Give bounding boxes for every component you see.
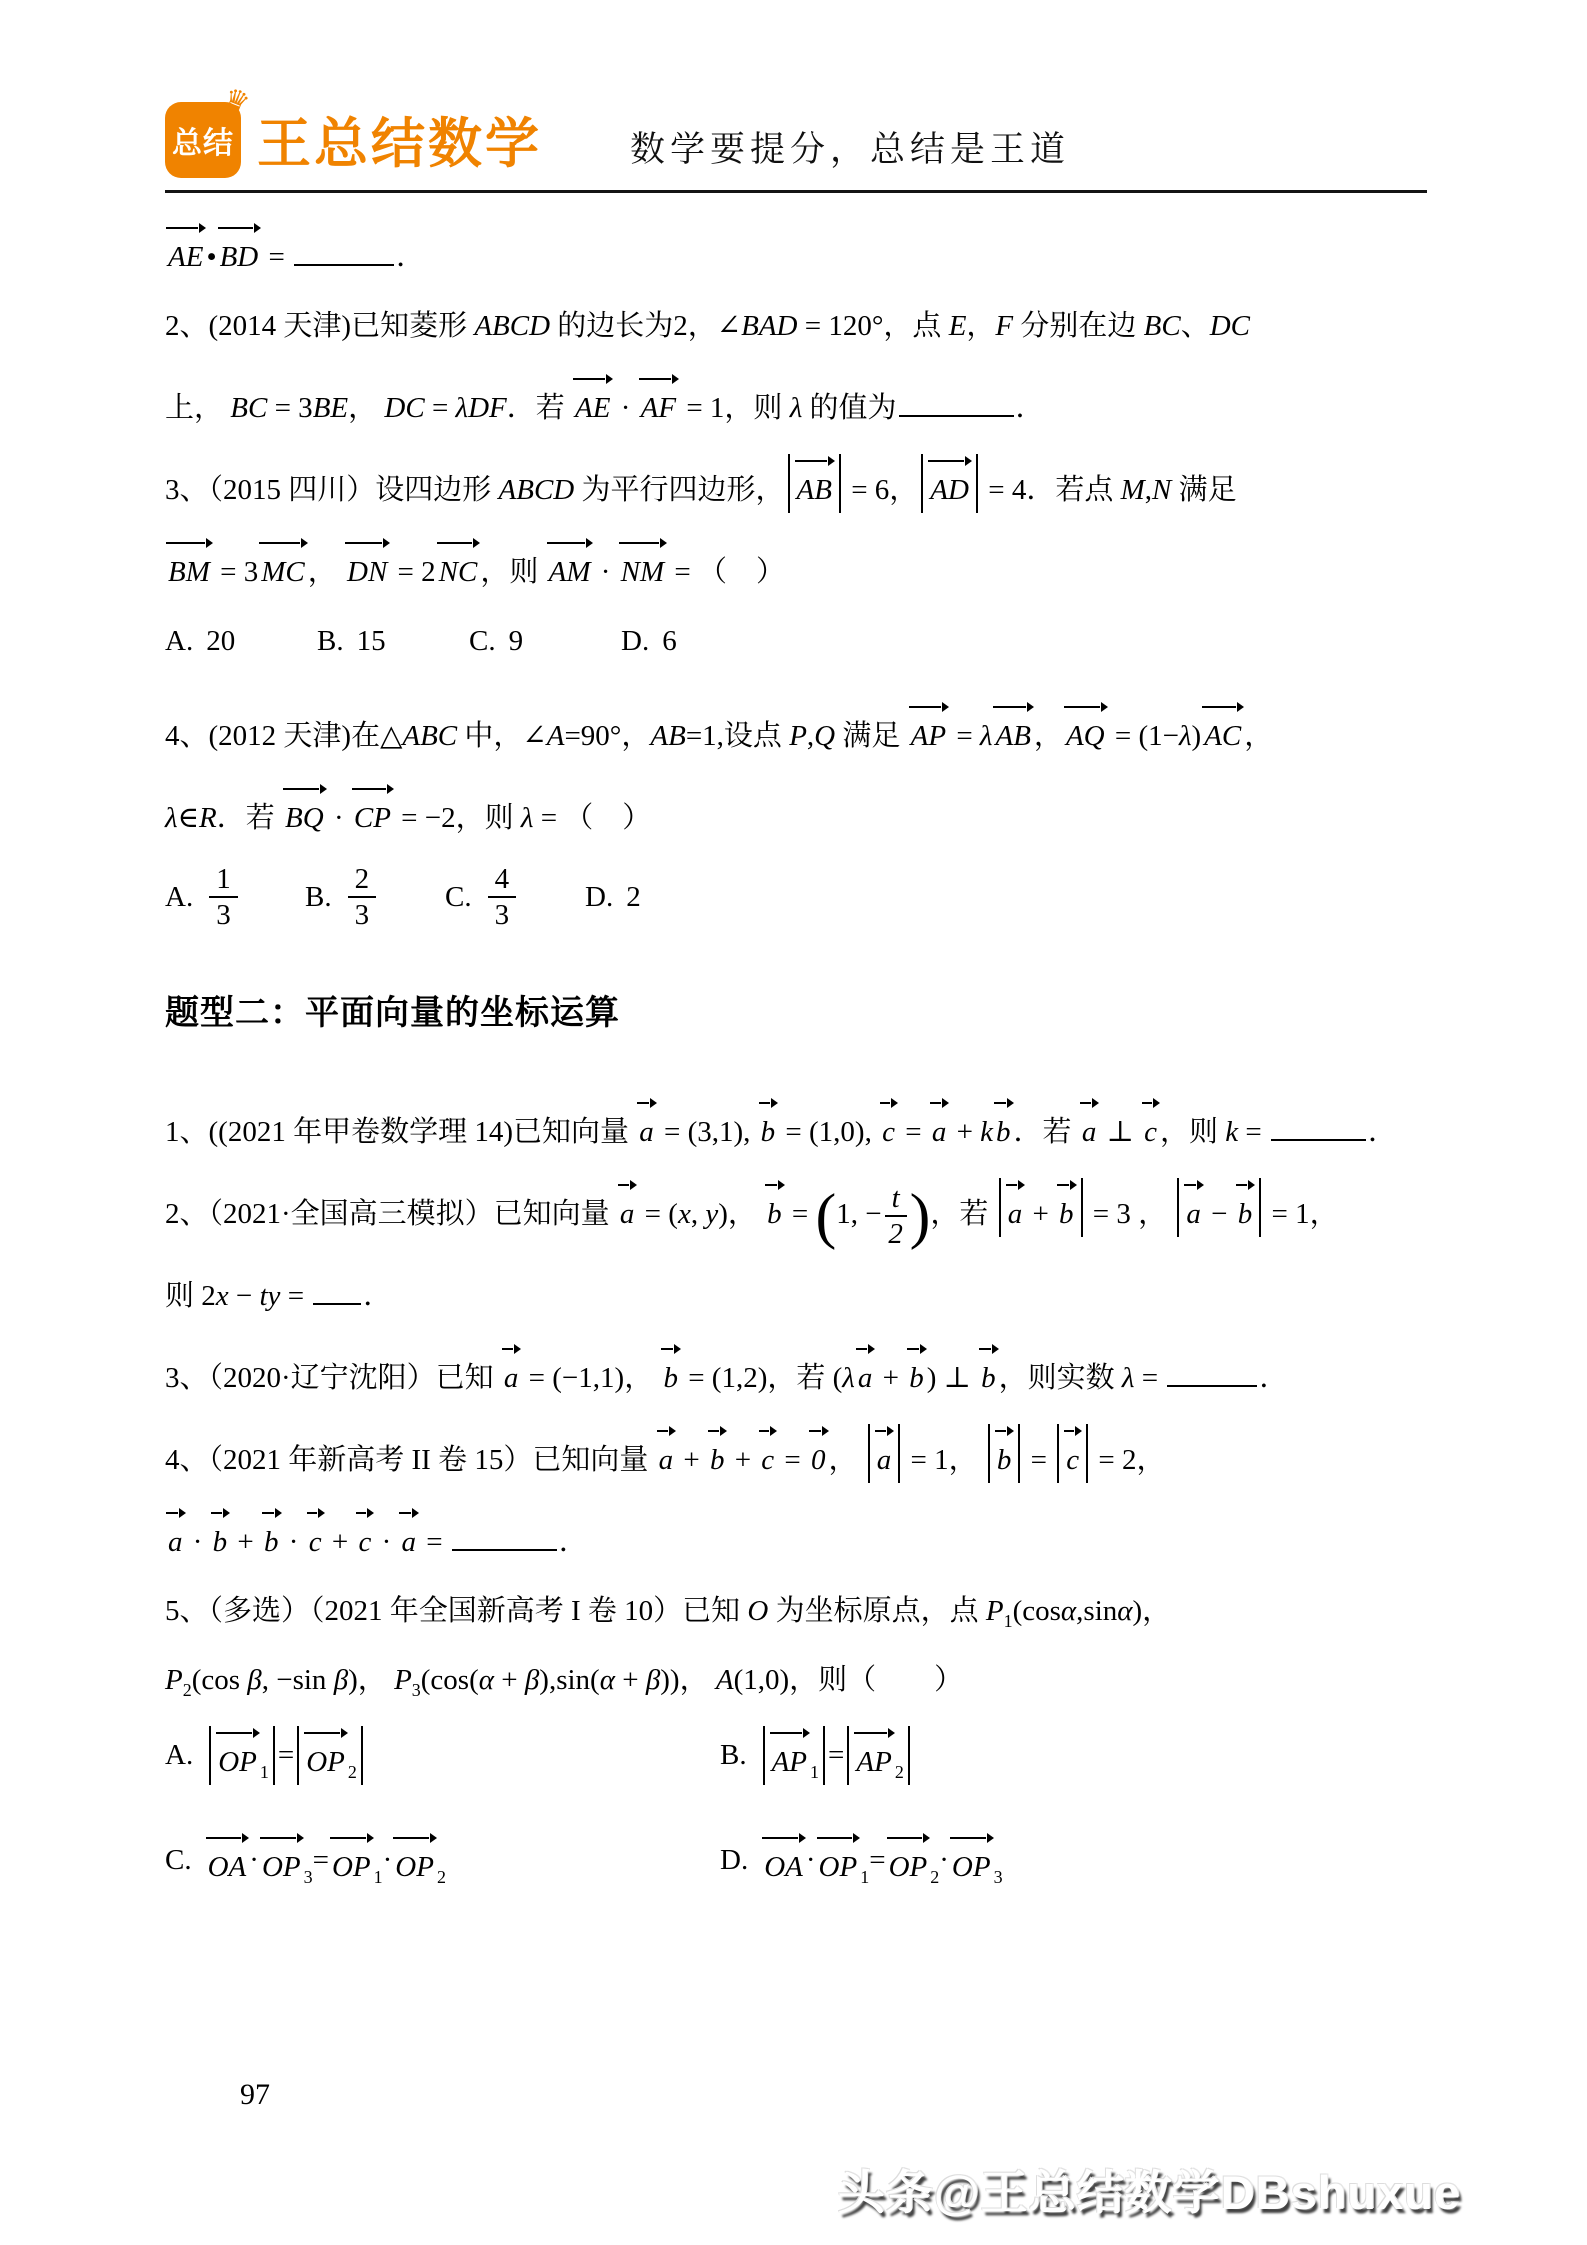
vector: OA	[205, 1831, 250, 1890]
option-item: D.OA · OP1 = OP2 · OP3	[720, 1831, 1447, 1890]
option-label: C.	[165, 1837, 192, 1883]
vector: c	[306, 1506, 325, 1565]
option-label: C.	[445, 874, 472, 920]
option-label: B.	[720, 1732, 747, 1778]
vector: OP3	[949, 1831, 1003, 1890]
vector: a	[1005, 1178, 1026, 1237]
answer-blank	[313, 1273, 361, 1305]
subscripted-symbol: P3	[394, 1664, 421, 1696]
header: ♛ 总结 王总结数学 数学要提分，总结是王道	[165, 0, 1427, 193]
math-line: a · b + b · c + c · a = ．	[165, 1506, 1447, 1565]
math-line: 上， BC = 3BE， DC = λDF．若 AE · AF = 1，则 λ …	[165, 372, 1447, 431]
option-item: A.OP1 = OP2	[165, 1726, 317, 1785]
vector: b	[758, 1096, 779, 1155]
math-line: 2、(2014 天津)已知菱形 ABCD 的边长为2，∠BAD = 120°，点…	[165, 303, 1447, 349]
vector: AP1	[769, 1726, 819, 1785]
vector: DN	[344, 536, 390, 595]
math-line: P2(cos β, −sin β)， P3(cos(α + β),sin(α +…	[165, 1657, 1447, 1703]
vector: a	[874, 1424, 895, 1483]
fraction: 13	[209, 864, 238, 931]
math-line: 4、(2012 天津)在△ABC 中，∠A=90°，AB=1,设点 P,Q 满足…	[165, 700, 1447, 759]
option-item: C.43	[445, 864, 585, 931]
vector: BM	[165, 536, 213, 595]
vector: b	[1056, 1178, 1077, 1237]
option-row: A.20B.15C.9D.6	[165, 618, 1447, 664]
fraction: 43	[488, 864, 517, 931]
absolute-value: a	[868, 1424, 901, 1483]
vector: a	[398, 1506, 419, 1565]
vector: AP	[908, 700, 949, 759]
option-item: C.9	[469, 618, 621, 664]
vector: b	[993, 1096, 1014, 1155]
vector: a	[165, 1506, 186, 1565]
document-body: AE•BD = ．2、(2014 天津)已知菱形 ABCD 的边长为2，∠BAD…	[0, 193, 1587, 1890]
answer-blank	[294, 234, 394, 266]
option-label: D.	[585, 874, 613, 920]
vector: c	[879, 1096, 898, 1155]
option-label: C.	[469, 618, 496, 664]
watermark: 头条@王总结数学DBshuxue	[838, 2156, 1461, 2223]
vector: AM	[546, 536, 594, 595]
absolute-value: a + b	[999, 1178, 1083, 1237]
option-item: D.6	[621, 618, 677, 664]
vector: 0	[808, 1424, 829, 1483]
vector: a	[1183, 1178, 1204, 1237]
math-line: 则 2x − ty = ．	[165, 1273, 1447, 1319]
vector: MC	[258, 536, 308, 595]
math-line: 4、（2021 年新高考 II 卷 15）已知向量 a + b + c = 0，…	[165, 1424, 1447, 1483]
subscripted-symbol: P1	[986, 1595, 1013, 1627]
option-item: B.23	[305, 864, 445, 931]
option-item: A.20	[165, 618, 317, 664]
vector: a	[1079, 1096, 1100, 1155]
vector: AB	[992, 700, 1033, 759]
vector: b	[210, 1506, 231, 1565]
vector: b	[1235, 1178, 1256, 1237]
option-item: B.15	[317, 618, 469, 664]
vector: AD	[927, 454, 972, 513]
option-label: A.	[165, 874, 193, 920]
tagline: 数学要提分，总结是王道	[630, 122, 1070, 190]
absolute-value: AD	[921, 454, 978, 513]
option-item: C.OA · OP3 = OP1 · OP2	[165, 1831, 317, 1890]
vector: a	[855, 1342, 876, 1401]
vector: b	[660, 1342, 681, 1401]
option-label: D.	[621, 618, 649, 664]
option-label: A.	[165, 1732, 193, 1778]
vector: AB	[794, 454, 835, 513]
absolute-value: OP2	[297, 1726, 363, 1785]
vector: AE	[572, 372, 613, 431]
logo-badge-text: 总结	[172, 118, 234, 162]
logo-badge: ♛ 总结	[165, 102, 241, 178]
math-line: BM = 3MC， DN = 2NC，则 AM · NM = （ ）	[165, 536, 1447, 595]
vector: c	[758, 1424, 777, 1483]
vector: AF	[638, 372, 679, 431]
vector: b	[978, 1342, 999, 1401]
option-item: A.13	[165, 864, 305, 931]
absolute-value: OP1	[209, 1726, 275, 1785]
vector: b	[261, 1506, 282, 1565]
vector: BD	[217, 221, 262, 280]
vector: OP2	[886, 1831, 940, 1890]
math-line: 3、（2015 四川）设四边形 ABCD 为平行四边形，AB = 6，AD = …	[165, 454, 1447, 513]
brand-logo: ♛ 总结 王总结数学	[165, 101, 542, 190]
math-line: 5、（多选）（2021 年全国新高考 I 卷 10）已知 O 为坐标原点，点 P…	[165, 1588, 1447, 1634]
math-line: λ∈R．若 BQ · CP = −2，则 λ = （ ）	[165, 782, 1447, 841]
vector: OP1	[816, 1831, 870, 1890]
vector: CP	[351, 782, 394, 841]
vector: c	[355, 1506, 374, 1565]
option-row: A.13B.23C.43D.2	[165, 864, 1447, 931]
absolute-value: b	[988, 1424, 1021, 1483]
worksheet-page: ♛ 总结 王总结数学 数学要提分，总结是王道 AE•BD = ．2、(2014 …	[0, 0, 1587, 2245]
vector: NC	[436, 536, 481, 595]
math-line: 3、（2020·辽宁沈阳）已知 a = (−1,1)， b = (1,2)，若 …	[165, 1342, 1447, 1401]
vector: OP2	[392, 1831, 446, 1890]
vector: AQ	[1063, 700, 1108, 759]
vector: b	[764, 1178, 785, 1237]
brand-text: 王总结数学	[257, 101, 542, 178]
fraction: 23	[348, 864, 377, 931]
math-line: AE•BD = ．	[165, 221, 1447, 280]
vector: a	[929, 1096, 950, 1155]
option-label: B.	[305, 874, 332, 920]
section-heading: 题型二：平面向量的坐标运算	[165, 985, 1447, 1034]
vector: a	[656, 1424, 677, 1483]
vector: BQ	[282, 782, 327, 841]
option-label: B.	[317, 618, 344, 664]
option-item: B.AP1 = AP2	[720, 1726, 872, 1785]
answer-blank	[1271, 1109, 1366, 1141]
math-line: 2、（2021·全国高三模拟）已知向量 a = (x, y)， b = (1, …	[165, 1178, 1447, 1250]
option-label: A.	[165, 618, 193, 664]
vector: NM	[618, 536, 668, 595]
vector: c	[1141, 1096, 1160, 1155]
vector: a	[636, 1096, 657, 1155]
vector: b	[994, 1424, 1015, 1483]
absolute-value: AB	[788, 454, 841, 513]
absolute-value: AP2	[847, 1726, 909, 1785]
vector: a	[617, 1178, 638, 1237]
page-number: 97	[240, 2078, 270, 2112]
answer-blank	[899, 385, 1014, 417]
vector: OA	[761, 1831, 806, 1890]
vector: OP3	[259, 1831, 313, 1890]
vector: OP2	[303, 1726, 357, 1785]
absolute-value: AP1	[763, 1726, 825, 1785]
option-label: D.	[720, 1837, 748, 1883]
vector: a	[501, 1342, 522, 1401]
crown-icon: ♛	[219, 80, 255, 120]
absolute-value: c	[1057, 1424, 1088, 1483]
vector: b	[906, 1342, 927, 1401]
vector: OP1	[329, 1831, 383, 1890]
option-item: D.2	[585, 864, 725, 931]
vector: OP1	[215, 1726, 269, 1785]
option-grid: A.OP1 = OP2B.AP1 = AP2C.OA · OP3 = OP1 ·…	[165, 1726, 1447, 1890]
math-line: 1、((2021 年甲卷数学理 14)已知向量 a = (3,1), b = (…	[165, 1096, 1447, 1155]
vector: AE	[165, 221, 206, 280]
vector: c	[1063, 1424, 1082, 1483]
fraction: t2	[885, 1183, 907, 1250]
answer-blank	[452, 1519, 557, 1551]
vector: AP2	[853, 1726, 903, 1785]
vector: AC	[1201, 700, 1244, 759]
absolute-value: a − b	[1177, 1178, 1261, 1237]
answer-blank	[1167, 1355, 1257, 1387]
subscripted-symbol: P2	[165, 1664, 192, 1696]
vector: b	[707, 1424, 728, 1483]
